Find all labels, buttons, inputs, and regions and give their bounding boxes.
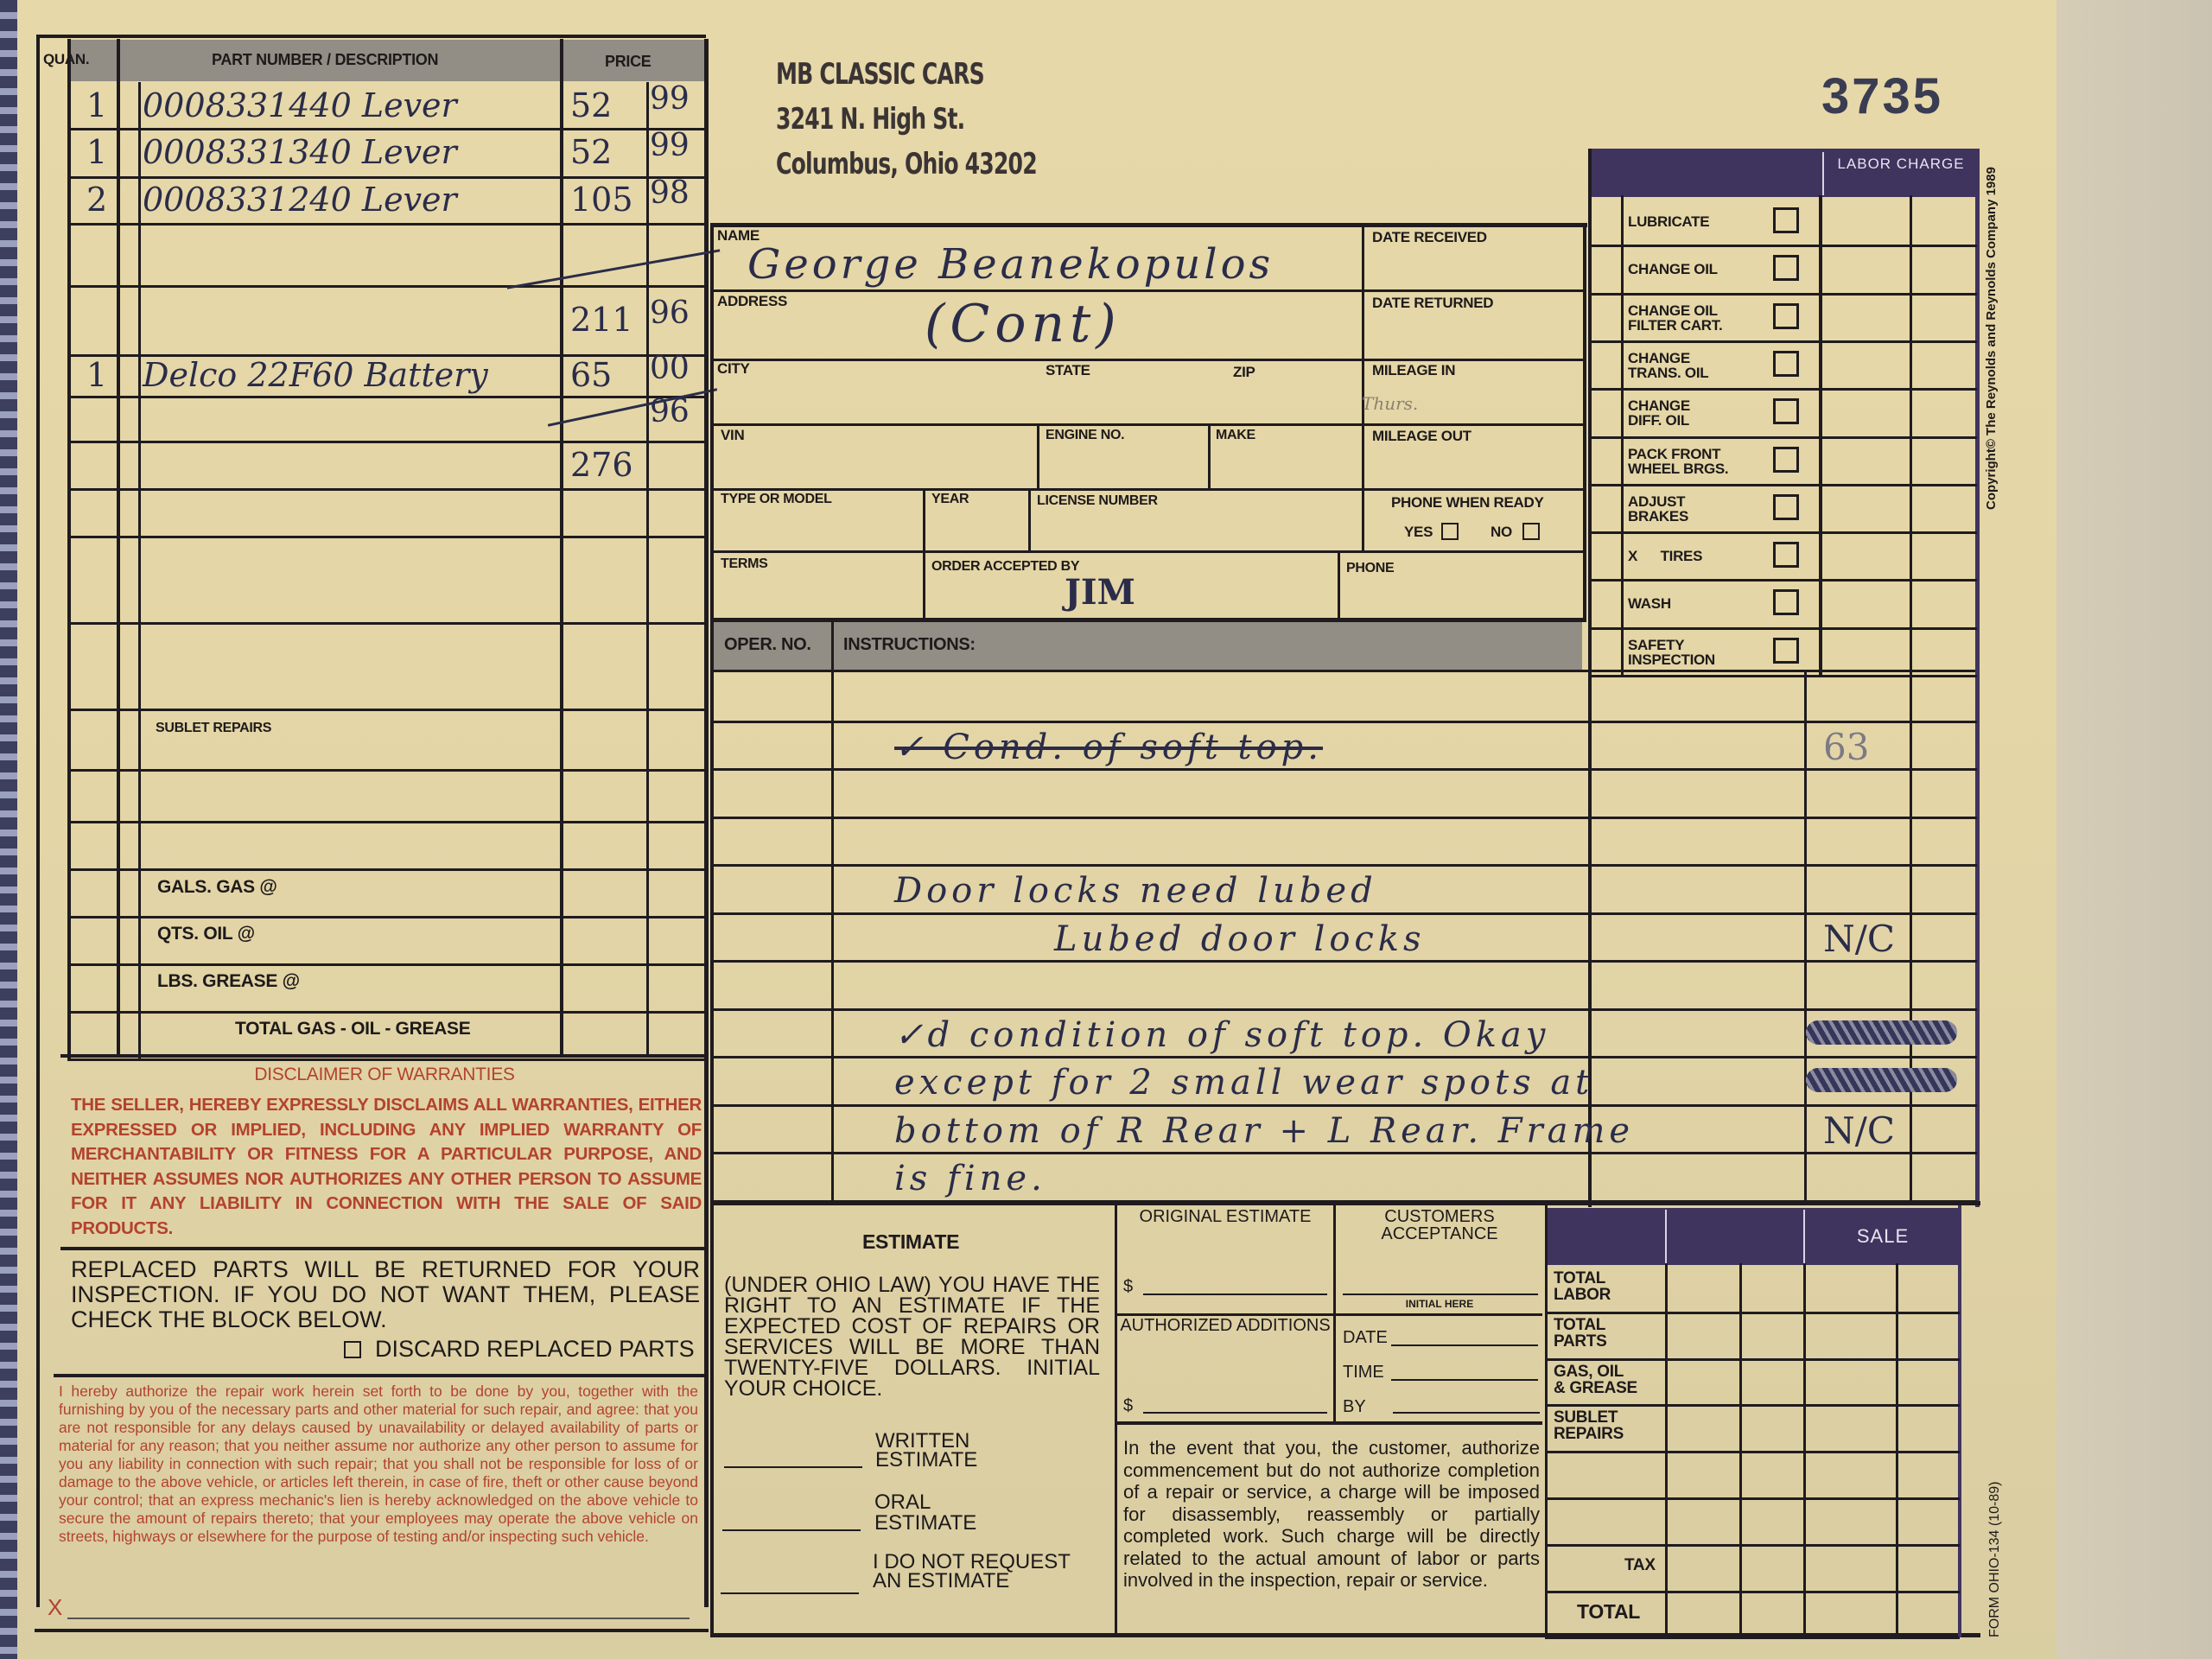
written-estimate-initial[interactable] [724, 1466, 862, 1468]
phone-when-ready-label: PHONE WHEN READY [1391, 495, 1544, 511]
price-header: PRICE [605, 54, 652, 70]
authorization-text: I hereby authorize the repair work herei… [59, 1382, 698, 1546]
no-estimate-label: I DO NOT REQUEST AN ESTIMATE [873, 1553, 1089, 1591]
service-checkbox[interactable] [1773, 398, 1799, 424]
part-price-cents[interactable]: 00 [650, 351, 690, 386]
part-quantity[interactable]: 2 [86, 181, 107, 219]
shop-street: 3241 N. High St. [776, 97, 1037, 142]
labor-charge-value[interactable]: N/C [1823, 1109, 1895, 1152]
service-label: ADJUST BRAKES [1628, 494, 1758, 524]
date-label: DATE [1343, 1328, 1388, 1348]
totals-label: TOTAL LABOR [1554, 1270, 1611, 1303]
partial-work-notice: In the event that you, the customer, aut… [1123, 1437, 1540, 1592]
no-estimate-initial[interactable] [721, 1592, 859, 1594]
labor-charge-value[interactable]: N/C [1823, 918, 1895, 960]
estimate-title: ESTIMATE [862, 1231, 959, 1252]
time-label: TIME [1343, 1363, 1384, 1382]
part-price-cents[interactable]: 99 [650, 81, 690, 117]
date-returned-label: DATE RETURNED [1372, 296, 1493, 311]
accepted-by-field[interactable]: JIM [1065, 572, 1135, 613]
part-description[interactable]: Delco 22F60 Battery [143, 356, 488, 394]
labor-charge-scribble [1806, 1068, 1957, 1092]
form-id: FORM OHIO-134 (10-89) [1987, 1482, 2003, 1637]
service-label: SAFETY INSPECTION [1628, 638, 1758, 667]
labor-charge-value[interactable]: 63 [1823, 726, 1869, 768]
service-label: CHANGE TRANS. OIL [1628, 351, 1758, 380]
license-number-label: LICENSE NUMBER [1037, 494, 1158, 509]
part-description[interactable]: 0008331340 Lever [143, 133, 457, 171]
gals-gas-label: GALS. GAS @ [157, 878, 277, 897]
service-checkbox[interactable] [1773, 638, 1799, 664]
disclaimer-title: DISCLAIMER OF WARRANTIES [60, 1065, 709, 1084]
authorized-dollar-sign: $ [1123, 1396, 1133, 1416]
authorized-additions-field[interactable] [1143, 1412, 1327, 1414]
service-checkbox[interactable] [1773, 447, 1799, 473]
part-price-cents[interactable]: 98 [650, 175, 690, 211]
part-price-cents[interactable]: 96 [650, 296, 690, 331]
totals-label: TOTAL [1577, 1604, 1640, 1620]
mileage-in-label: MILEAGE IN [1372, 363, 1455, 378]
address-label: ADDRESS [717, 294, 787, 309]
by-label: BY [1343, 1397, 1366, 1417]
mileage-in-field[interactable]: Thurs. [1362, 393, 1418, 414]
signature-x: X [48, 1594, 62, 1621]
part-price-cents[interactable]: 99 [650, 128, 690, 163]
original-estimate-field[interactable] [1143, 1294, 1327, 1295]
date-field[interactable] [1391, 1344, 1538, 1346]
make-label: MAKE [1216, 429, 1255, 443]
part-description[interactable]: 0008331440 Lever [143, 86, 457, 124]
replaced-parts-text: REPLACED PARTS WILL BE RETURNED FOR YOUR… [71, 1257, 700, 1332]
labor-charge-scribble [1806, 1020, 1957, 1045]
service-checkbox[interactable] [1773, 589, 1799, 615]
city-label: CITY [717, 361, 750, 377]
sale-header: SALE [1806, 1225, 1960, 1248]
engine-no-label: ENGINE NO. [1046, 429, 1124, 443]
part-price-dollars[interactable]: 276 [570, 446, 633, 484]
part-quantity[interactable]: 1 [86, 133, 107, 171]
totals-label: GAS, OIL & GREASE [1554, 1363, 1637, 1396]
time-field[interactable] [1391, 1379, 1538, 1381]
shop-city: Columbus, Ohio 43202 [776, 142, 1037, 187]
phone-ready-yes-checkbox[interactable] [1441, 523, 1459, 540]
instruction-text[interactable]: except for 2 small wear spots at [894, 1063, 1593, 1103]
part-price-dollars[interactable]: 52 [570, 133, 612, 171]
mileage-out-label: MILEAGE OUT [1372, 429, 1471, 444]
service-label: CHANGE OIL [1628, 262, 1758, 276]
signature-line[interactable] [67, 1618, 690, 1619]
part-price-dollars[interactable]: 65 [570, 356, 612, 394]
order-accepted-by-label: ORDER ACCEPTED BY [931, 560, 1079, 575]
zip-label: ZIP [1233, 365, 1255, 380]
oral-estimate-initial[interactable] [722, 1529, 861, 1531]
year-label: YEAR [931, 493, 969, 507]
instruction-text[interactable]: Lubed door locks [1054, 919, 1426, 959]
service-checkbox[interactable] [1773, 207, 1799, 233]
address-field[interactable]: (Cont) [925, 294, 1122, 354]
shop-name: MB CLASSIC CARS [776, 52, 1037, 97]
plastic-sleeve [2056, 0, 2212, 1659]
customers-acceptance-label: CUSTOMERS ACCEPTANCE [1336, 1208, 1543, 1243]
type-model-label: TYPE OR MODEL [721, 493, 832, 507]
original-estimate-label: ORIGINAL ESTIMATE [1117, 1208, 1333, 1225]
terms-label: TERMS [721, 557, 768, 572]
phone-ready-yes-label: YES [1404, 524, 1433, 540]
service-label: PACK FRONT WHEEL BRGS. [1628, 447, 1758, 476]
service-label: CHANGE OIL FILTER CART. [1628, 303, 1758, 333]
instruction-text[interactable]: Door locks need lubed [894, 871, 1377, 911]
service-checkbox[interactable] [1773, 303, 1799, 329]
totals-label: SUBLET REPAIRS [1554, 1409, 1624, 1442]
phone-ready-no-checkbox[interactable] [1522, 523, 1540, 540]
service-label: WASH [1628, 596, 1758, 611]
date-received-label: DATE RECEIVED [1372, 230, 1487, 245]
instructions-label: INSTRUCTIONS: [843, 636, 976, 654]
by-field[interactable] [1393, 1412, 1540, 1414]
binder-edge [0, 0, 17, 1659]
total-gas-oil-grease-label: TOTAL GAS - OIL - GREASE [235, 1020, 470, 1039]
part-price-dollars[interactable]: 211 [570, 301, 633, 339]
initial-here-label: INITIAL HERE [1336, 1298, 1543, 1310]
service-checkbox[interactable] [1773, 494, 1799, 520]
disclaimer-body: THE SELLER, HEREBY EXPRESSLY DISCLAIMS A… [71, 1093, 702, 1241]
oral-estimate-label: ORAL ESTIMATE [874, 1492, 995, 1534]
qts-oil-label: QTS. OIL @ [157, 925, 255, 944]
service-label: LUBRICATE [1628, 214, 1758, 229]
discard-parts-label: DISCARD REPLACED PARTS [375, 1336, 695, 1363]
description-header: PART NUMBER / DESCRIPTION [212, 52, 438, 68]
quan-header: QUAN. [43, 52, 89, 67]
service-label: CHANGE DIFF. OIL [1628, 398, 1758, 428]
phone-ready-no-label: NO [1491, 524, 1512, 540]
name-field[interactable]: George Beanekopulos [747, 240, 1274, 289]
instruction-text[interactable]: is fine. [894, 1159, 1046, 1198]
oper-no-label: OPER. NO. [724, 636, 811, 654]
authorized-additions-label: AUTHORIZED ADDITIONS [1117, 1317, 1333, 1334]
instruction-text[interactable]: ✓d condition of soft top. Okay [894, 1015, 1549, 1055]
state-label: STATE [1046, 363, 1090, 378]
written-estimate-label: WRITTEN ESTIMATE [875, 1432, 996, 1470]
instruction-text[interactable]: bottom of R Rear + L Rear. Frame [894, 1111, 1634, 1151]
discard-parts-checkbox[interactable] [344, 1341, 361, 1358]
sublet-repairs-label: SUBLET REPAIRS [156, 721, 271, 736]
copyright-text: Copyright© The Reynolds and Reynolds Com… [1984, 167, 1999, 510]
lbs-grease-label: LBS. GREASE @ [157, 972, 300, 991]
service-checkbox[interactable] [1773, 542, 1799, 568]
part-price-dollars[interactable]: 105 [570, 181, 633, 219]
service-label: X TIRES [1628, 549, 1758, 563]
initial-here-field[interactable] [1343, 1294, 1538, 1295]
instruction-text[interactable]: ✓ Cond. of soft top. [894, 728, 1323, 767]
shop-stamp: MB CLASSIC CARS 3241 N. High St. Columbu… [776, 52, 1037, 187]
vin-label: VIN [721, 428, 744, 443]
service-checkbox[interactable] [1773, 351, 1799, 377]
order-number: 3735 [1821, 67, 1943, 125]
service-checkbox[interactable] [1773, 255, 1799, 281]
original-dollar-sign: $ [1123, 1277, 1133, 1297]
labor-charge-title: LABOR CHARGE [1823, 156, 1979, 172]
part-quantity[interactable]: 1 [86, 356, 107, 394]
totals-label: TAX [1624, 1557, 1656, 1573]
estimate-law-text: (UNDER OHIO LAW) YOU HAVE THE RIGHT TO A… [724, 1274, 1100, 1399]
part-description[interactable]: 0008331240 Lever [143, 181, 457, 219]
part-quantity[interactable]: 1 [86, 86, 107, 124]
totals-label: TOTAL PARTS [1554, 1317, 1606, 1350]
phone-label: PHONE [1346, 562, 1394, 576]
part-price-dollars[interactable]: 52 [570, 86, 612, 124]
